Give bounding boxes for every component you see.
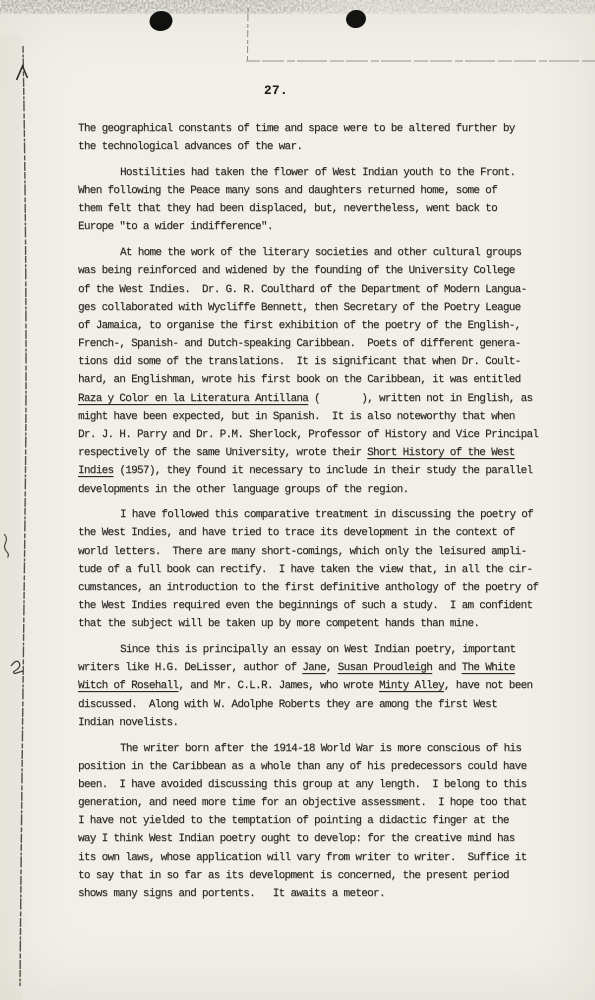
text-line: that the subject will be taken up by mor… [78,615,552,633]
text-segment: world letters. There are many short-comi… [78,546,526,558]
text-line: Witch of Rosehall, and Mr. C.L.R. James,… [78,677,552,695]
text-segment: French-, Spanish- and Dutch-speaking Car… [78,338,521,350]
text-segment: ( ), written not in English, as [308,393,532,405]
text-line: tude of a full book can rectify. I have … [78,561,552,579]
scanned-document-page: { "page": { "number": "27.", "colors": {… [0,0,595,1000]
underlined-title: Short History of the West [367,447,515,459]
underlined-title: The White [462,662,515,674]
text-segment: The writer born after the 1914-18 World … [120,743,521,755]
text-line: of Jamaica, to organise the first exhibi… [78,317,552,335]
text-line: Dr. J. H. Parry and Dr. P.M. Sherlock, P… [78,426,552,444]
underlined-title: Susan Proudleigh [338,662,432,674]
document-body: The geographical constants of time and s… [78,120,552,911]
paragraph: I have followed this comparative treatme… [78,506,552,633]
text-line: them felt that they had been displaced, … [78,200,552,218]
paragraph: Since this is principally an essay on We… [78,641,552,732]
text-line: been. I have avoided discussing this gro… [78,776,552,794]
text-segment: , have not been [444,680,533,692]
underlined-title: Witch of Rosehall [78,680,178,692]
text-segment: Since this is principally an essay on We… [120,644,515,656]
text-line: developments in the other language group… [78,481,552,499]
text-segment: might have been expected, but in Spanish… [78,411,515,423]
text-segment: The geographical constants of time and s… [78,123,515,135]
page-edge-shading [0,36,22,1000]
text-line: I have followed this comparative treatme… [78,506,552,524]
text-segment: I have followed this comparative treatme… [120,509,533,521]
text-segment: generation, and need more time for an ob… [78,797,526,809]
text-line: of the West Indies. Dr. G. R. Coulthard … [78,281,552,299]
underlined-title: Raza y Color en la Literatura Antillana [78,393,308,405]
paragraph: The geographical constants of time and s… [78,120,552,156]
text-segment: tude of a full book can rectify. I have … [78,564,532,576]
text-line: the technological advances of the war. [78,138,552,156]
paragraph: Hostilities had taken the flower of West… [78,164,552,237]
text-line: generation, and need more time for an ob… [78,794,552,812]
text-segment: way I think West Indian poetry ought to … [78,833,515,845]
text-segment: ges collaborated with Wycliffe Bennett, … [78,302,521,314]
text-segment: , and Mr. C.L.R. James, who wrote [178,680,379,692]
text-line: The geographical constants of time and s… [78,120,552,138]
text-line: its own laws, whose application will var… [78,849,552,867]
text-line: shows many signs and portents. It awaits… [78,885,552,903]
text-line: way I think West Indian poetry ought to … [78,830,552,848]
text-segment: writers like H.G. DeLisser, author of [78,662,302,674]
text-segment: Europe "to a wider indifference". [78,221,273,233]
text-segment: and [432,662,462,674]
text-segment: (1957), they found it necessary to inclu… [113,465,532,477]
text-line: Since this is principally an essay on We… [78,641,552,659]
text-line: Indian novelists. [78,714,552,732]
text-segment: the West Indies required even the beginn… [78,600,532,612]
underlined-title: Minty Alley [379,680,444,692]
text-segment: developments in the other language group… [78,484,408,496]
text-line: respectively of the same University, wro… [78,444,552,462]
text-line: French-, Spanish- and Dutch-speaking Car… [78,335,552,353]
text-line: was being reinforced and widened by the … [78,262,552,280]
text-segment: to say that in so far as its development… [78,870,509,882]
text-line: Raza y Color en la Literatura Antillana … [78,390,552,408]
text-segment: I have not yielded to the temptation of … [78,815,509,827]
text-line: At home the work of the literary societi… [78,244,552,262]
text-line: When following the Peace many sons and d… [78,182,552,200]
text-segment: shows many signs and portents. It awaits… [78,888,385,900]
text-line: writers like H.G. DeLisser, author of Ja… [78,659,552,677]
underlined-title: Indies [78,465,113,477]
text-segment: , [326,662,338,674]
text-line: The writer born after the 1914-18 World … [78,740,552,758]
page-number: 27. [264,84,288,98]
text-line: the West Indies, and have tried to trace… [78,524,552,542]
text-segment: the West Indies, and have tried to trace… [78,527,515,539]
text-line: Europe "to a wider indifference". [78,218,552,236]
text-line: discussed. Along with W. Adolphe Roberts… [78,696,552,714]
text-segment: position in the Caribbean as a whole tha… [78,761,526,773]
text-segment: respectively of the same University, wro… [78,447,367,459]
text-segment: At home the work of the literary societi… [120,247,521,259]
text-line: might have been expected, but in Spanish… [78,408,552,426]
text-line: I have not yielded to the temptation of … [78,812,552,830]
text-segment: cumstances, an introduction to the first… [78,582,538,594]
paragraph: At home the work of the literary societi… [78,244,552,499]
underlined-title: Jane [302,662,326,674]
text-segment: was being reinforced and widened by the … [78,265,515,277]
text-line: world letters. There are many short-comi… [78,543,552,561]
text-segment: Dr. J. H. Parry and Dr. P.M. Sherlock, P… [78,429,538,441]
text-line: cumstances, an introduction to the first… [78,579,552,597]
text-line: the West Indies required even the beginn… [78,597,552,615]
text-line: hard, an Englishman, wrote his first boo… [78,371,552,389]
text-segment: that the subject will be taken up by mor… [78,618,479,630]
scan-noise-strip [0,0,595,18]
text-segment: Indian novelists. [78,717,178,729]
paragraph: The writer born after the 1914-18 World … [78,740,552,904]
text-segment: of Jamaica, to organise the first exhibi… [78,320,521,332]
text-segment: of the West Indies. Dr. G. R. Coulthard … [78,284,526,296]
text-segment: Hostilities had taken the flower of West… [120,167,515,179]
text-line: to say that in so far as its development… [78,867,552,885]
text-line: Indies (1957), they found it necessary t… [78,462,552,480]
text-segment: When following the Peace many sons and d… [78,185,497,197]
text-line: Hostilities had taken the flower of West… [78,164,552,182]
text-segment: tions did some of the translations. It i… [78,356,521,368]
text-line: tions did some of the translations. It i… [78,353,552,371]
text-segment: its own laws, whose application will var… [78,852,526,864]
text-segment: them felt that they had been displaced, … [78,203,497,215]
text-segment: the technological advances of the war. [78,141,302,153]
noise-bottom-fade [0,0,595,18]
text-line: position in the Caribbean as a whole tha… [78,758,552,776]
text-segment: been. I have avoided discussing this gro… [78,779,526,791]
text-line: ges collaborated with Wycliffe Bennett, … [78,299,552,317]
text-segment: discussed. Along with W. Adolphe Roberts… [78,699,497,711]
text-segment: hard, an Englishman, wrote his first boo… [78,374,521,386]
